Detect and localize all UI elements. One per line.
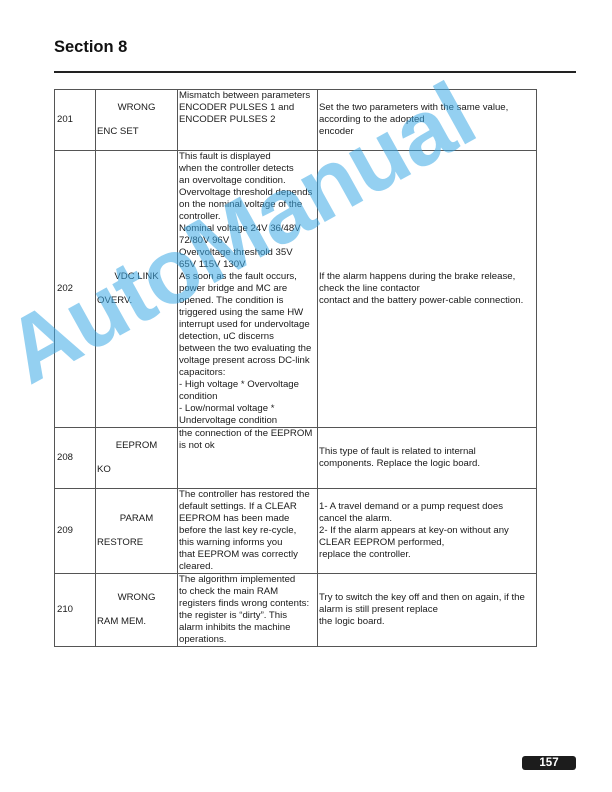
- table-row: 202 VDC LINK OVERV. This fault is displa…: [55, 151, 537, 428]
- fault-name-line1: VDC LINK: [97, 271, 176, 283]
- page-number-badge: 157: [522, 756, 576, 770]
- fault-name-line1: PARAM: [97, 513, 176, 525]
- fault-description: the connection of the EEPROM is not ok: [178, 428, 318, 489]
- fault-name: WRONG ENC SET: [96, 90, 178, 151]
- fault-table: 201 WRONG ENC SET Mismatch between param…: [54, 89, 537, 647]
- fault-code: 201: [55, 90, 96, 151]
- table-row: 201 WRONG ENC SET Mismatch between param…: [55, 90, 537, 151]
- header-rule: [54, 71, 576, 73]
- fault-code: 209: [55, 489, 96, 574]
- fault-remedy: If the alarm happens during the brake re…: [318, 151, 537, 428]
- fault-name: VDC LINK OVERV.: [96, 151, 178, 428]
- fault-name: WRONG RAM MEM.: [96, 574, 178, 647]
- fault-description: This fault is displayed when the control…: [178, 151, 318, 428]
- fault-name: EEPROM KO: [96, 428, 178, 489]
- fault-remedy: Try to switch the key off and then on ag…: [318, 574, 537, 647]
- fault-name-line1: WRONG: [97, 102, 176, 114]
- fault-name-line2: RAM MEM.: [97, 616, 176, 628]
- fault-remedy: 1- A travel demand or a pump request doe…: [318, 489, 537, 574]
- section-title: Section 8: [54, 38, 127, 57]
- fault-name-line1: WRONG: [97, 592, 176, 604]
- fault-description: The algorithm implemented to check the m…: [178, 574, 318, 647]
- fault-code: 210: [55, 574, 96, 647]
- table-row: 208 EEPROM KO the connection of the EEPR…: [55, 428, 537, 489]
- table-row: 209 PARAM RESTORE The controller has res…: [55, 489, 537, 574]
- fault-name-line2: ENC SET: [97, 126, 176, 138]
- fault-code: 208: [55, 428, 96, 489]
- fault-name-line2: OVERV.: [97, 295, 176, 307]
- fault-description: The controller has restored the default …: [178, 489, 318, 574]
- fault-code: 202: [55, 151, 96, 428]
- fault-name: PARAM RESTORE: [96, 489, 178, 574]
- table-row: 210 WRONG RAM MEM. The algorithm impleme…: [55, 574, 537, 647]
- fault-name-line2: KO: [97, 464, 176, 476]
- fault-description: Mismatch between parameters ENCODER PULS…: [178, 90, 318, 151]
- fault-remedy: This type of fault is related to interna…: [318, 428, 537, 489]
- fault-remedy: Set the two parameters with the same val…: [318, 90, 537, 151]
- fault-name-line1: EEPROM: [97, 440, 176, 452]
- fault-name-line2: RESTORE: [97, 537, 176, 549]
